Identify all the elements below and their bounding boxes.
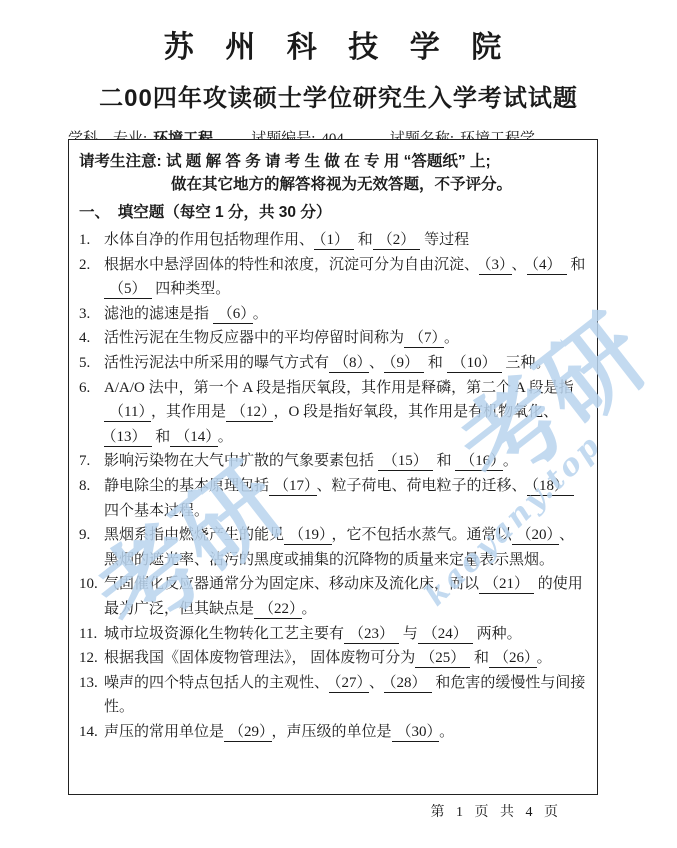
question-segment: 活性污泥在生物反应器中的平均停留时间称为 [104,330,404,346]
question-text: 气固催化反应器通常分为固定床、移动床及流化床，而以（21） 的使用最为广泛，但其… [104,572,587,621]
question-text: 滤池的滤速是指 （6）。 [104,302,587,327]
blank-field: （21） [479,576,534,594]
question-text: 静电除尘的基本原理包括（17）、粒子荷电、荷电粒子的迁移、（18） 四个基本过程… [104,474,587,523]
question-segment: 和 [433,453,456,469]
question-text: 影响污染物在大气中扩散的气象要素包括 （15） 和 （16）。 [104,449,587,474]
question-segment: 。 [503,453,518,469]
question-segment: 、 [512,257,527,273]
section-heading: 一、 填空题（每空 1 分，共 30 分） [79,201,587,225]
question-item: 5.活性污泥法中所采用的曝气方式有（8）、（9） 和 （10） 三种。 [79,351,587,376]
question-segment: 根据我国《固体废物管理法》， 固体废物可分为 [104,650,415,666]
blank-field: （5） [104,281,152,299]
blank-field: （17） [269,478,317,496]
question-number: 7. [79,449,104,474]
blank-field: （27） [329,675,369,693]
question-text: 活性污泥法中所采用的曝气方式有（8）、（9） 和 （10） 三种。 [104,351,587,376]
blank-field: （28） [384,675,432,693]
blank-field: （13） [104,429,152,447]
question-number: 5. [79,351,104,376]
question-text: 黑烟系指由燃烧产生的能见（19），它不包括水蒸气。通常以（20）、黑烟的遮光率、… [104,523,587,572]
question-segment: 静电除尘的基本原理包括 [104,478,269,494]
question-number: 4. [79,326,104,351]
question-segment: 等过程 [420,232,469,248]
question-item: 7.影响污染物在大气中扩散的气象要素包括 （15） 和 （16）。 [79,449,587,474]
question-segment: 。 [253,306,268,322]
question-segment: 、 [369,355,384,371]
notice-line-1: 请考生注意: 试 题 解 答 务 请 考 生 做 在 专 用 “答题纸” 上; [79,150,587,173]
question-segment: 。 [444,330,459,346]
question-segment: 和 [567,257,586,273]
question-segment: 声压的常用单位是 [104,724,224,740]
question-number: 9. [79,523,104,572]
blank-field: （22） [254,601,302,619]
blank-field: （3） [479,257,512,275]
question-item: 6.A/A/O 法中，第一个 A 段是指厌氧段，其作用是释磷，第二个 A 段是指… [79,376,587,450]
question-item: 8.静电除尘的基本原理包括（17）、粒子荷电、荷电粒子的迁移、（18） 四个基本… [79,474,587,523]
exam-subtitle: 二00四年攻读硕士学位研究生入学考试试题 [0,78,677,113]
question-item: 14.声压的常用单位是（29），声压级的单位是（30）。 [79,720,587,745]
question-segment: 活性污泥法中所采用的曝气方式有 [104,355,329,371]
question-text: 噪声的四个特点包括人的主观性、（27）、（28） 和危害的缓慢性与间接性。 [104,671,587,720]
blank-field: （18） [527,478,575,496]
blank-field: （24） [418,626,473,644]
blank-field: （14） [170,429,218,447]
question-item: 9.黑烟系指由燃烧产生的能见（19），它不包括水蒸气。通常以（20）、黑烟的遮光… [79,523,587,572]
school-title: 苏 州 科 技 学 院 [0,22,677,66]
blank-field: （30） [392,724,440,742]
question-text: A/A/O 法中，第一个 A 段是指厌氧段，其作用是释磷，第二个 A 段是指（1… [104,376,587,450]
question-number: 1. [79,228,104,253]
blank-field: （8） [329,355,369,373]
question-text: 根据水中悬浮固体的特性和浓度，沉淀可分为自由沉淀、（3）、（4） 和（5） 四种… [104,253,587,302]
question-segment: 、 [369,675,384,691]
blank-field: （11） [104,404,151,422]
question-segment: 根据水中悬浮固体的特性和浓度，沉淀可分为自由沉淀、 [104,257,479,273]
question-number: 12. [79,646,104,671]
blank-field: （16） [455,453,503,471]
blank-field: （2） [373,232,421,250]
blank-field: （9） [384,355,424,373]
question-item: 2.根据水中悬浮固体的特性和浓度，沉淀可分为自由沉淀、（3）、（4） 和（5） … [79,253,587,302]
question-segment: 黑烟系指由燃烧产生的能见 [104,527,284,543]
question-segment: 、粒子荷电、荷电粒子的迁移、 [317,478,527,494]
blank-field: （7） [404,330,444,348]
question-text: 声压的常用单位是（29），声压级的单位是（30）。 [104,720,587,745]
blank-field: （25） [415,650,470,668]
question-segment: 四种类型。 [152,281,231,297]
question-item: 1.水体自净的作用包括物理作用、（1） 和（2） 等过程 [79,228,587,253]
blank-field: （10） [447,355,502,373]
question-number: 10. [79,572,104,621]
question-item: 11.城市垃圾资源化生物转化工艺主要有（23） 与（24） 两种。 [79,622,587,647]
question-item: 4.活性污泥在生物反应器中的平均停留时间称为（7）。 [79,326,587,351]
question-segment: 城市垃圾资源化生物转化工艺主要有 [104,626,344,642]
question-number: 6. [79,376,104,450]
blank-field: （15） [378,453,433,471]
question-segment: 三种。 [502,355,551,371]
question-segment: ，它不包括水蒸气。通常以 [332,527,512,543]
question-segment: 。 [439,724,454,740]
question-segment: 噪声的四个特点包括人的主观性、 [104,675,329,691]
question-segment: 。 [537,650,552,666]
question-item: 12.根据我国《固体废物管理法》， 固体废物可分为（25） 和（26）。 [79,646,587,671]
question-segment: A/A/O 法中，第一个 A 段是指厌氧段，其作用是释磷，第二个 A 段是指 [104,380,574,396]
question-number: 3. [79,302,104,327]
question-item: 10.气固催化反应器通常分为固定床、移动床及流化床，而以（21） 的使用最为广泛… [79,572,587,621]
question-segment: 。 [218,429,233,445]
exam-paper-page: 苏 州 科 技 学 院 二00四年攻读硕士学位研究生入学考试试题 学科、专业:环… [0,0,677,848]
question-segment: 滤池的滤速是指 [104,306,213,322]
question-number: 2. [79,253,104,302]
question-segment: ，其作用是 [151,404,226,420]
question-number: 11. [79,622,104,647]
question-text: 活性污泥在生物反应器中的平均停留时间称为（7）。 [104,326,587,351]
question-box: 请考生注意: 试 题 解 答 务 请 考 生 做 在 专 用 “答题纸” 上; … [68,139,598,795]
question-number: 8. [79,474,104,523]
question-segment: ，O 段是指好氧段，其作用是有机物氧化、 [273,404,558,420]
question-text: 水体自净的作用包括物理作用、（1） 和（2） 等过程 [104,228,587,253]
question-segment: 气固催化反应器通常分为固定床、移动床及流化床，而以 [104,576,479,592]
question-segment: 影响污染物在大气中扩散的气象要素包括 [104,453,378,469]
candidate-notice: 请考生注意: 试 题 解 答 务 请 考 生 做 在 专 用 “答题纸” 上; … [79,150,587,196]
question-list: 1.水体自净的作用包括物理作用、（1） 和（2） 等过程2.根据水中悬浮固体的特… [79,228,587,744]
blank-field: （1） [314,232,354,250]
notice-line-2: 做在其它地方的解答将视为无效答题，不予评分。 [171,173,587,196]
question-segment: 和 [354,232,373,248]
question-segment: 和 [470,650,489,666]
question-number: 13. [79,671,104,720]
question-item: 3.滤池的滤速是指 （6）。 [79,302,587,327]
blank-field: （19） [284,527,332,545]
blank-field: （29） [224,724,272,742]
question-text: 城市垃圾资源化生物转化工艺主要有（23） 与（24） 两种。 [104,622,587,647]
question-segment: 。 [302,601,317,617]
page-number: 第 1 页 共 4 页 [431,801,563,821]
question-segment: 和 [152,429,171,445]
question-text: 根据我国《固体废物管理法》， 固体废物可分为（25） 和（26）。 [104,646,587,671]
question-segment: 四个基本过程。 [104,503,209,519]
question-segment: 两种。 [473,626,522,642]
question-segment: 和 [424,355,447,371]
blank-field: （12） [226,404,274,422]
blank-field: （6） [213,306,253,324]
question-item: 13.噪声的四个特点包括人的主观性、（27）、（28） 和危害的缓慢性与间接性。 [79,671,587,720]
question-segment: 水体自净的作用包括物理作用、 [104,232,314,248]
blank-field: （23） [344,626,399,644]
blank-field: （20） [512,527,560,545]
blank-field: （26） [489,650,537,668]
question-number: 14. [79,720,104,745]
question-segment: 与 [399,626,418,642]
blank-field: （4） [527,257,567,275]
question-segment: ，声压级的单位是 [272,724,392,740]
